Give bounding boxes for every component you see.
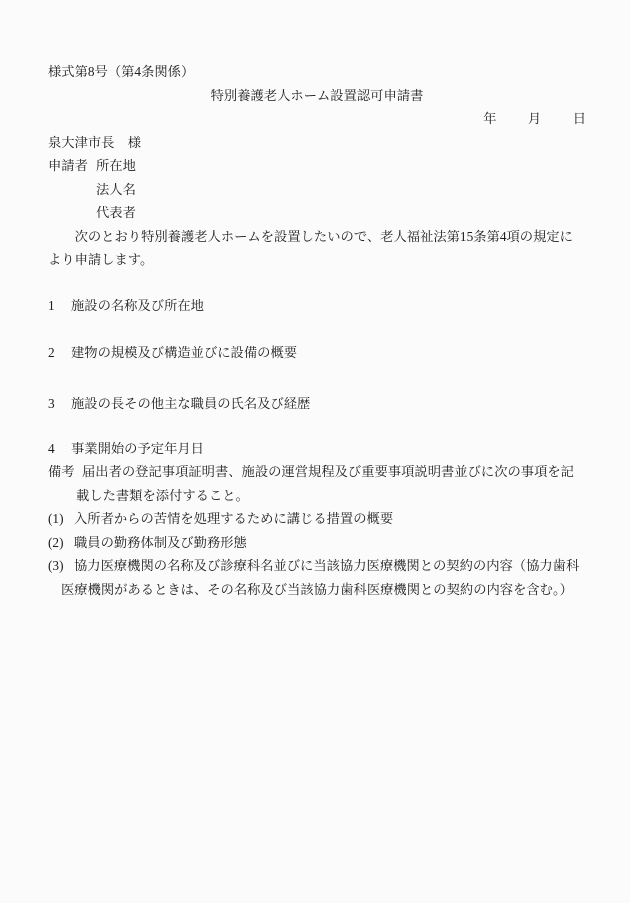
list-item-3: 3施設の長その他主な職員の氏名及び経歴 xyxy=(48,392,586,416)
applicant-field-representative: 代表者 xyxy=(96,201,136,225)
remark-item-1-number: (1) xyxy=(48,507,74,531)
list-item-2-text: 建物の規模及び構造並びに設備の概要 xyxy=(71,345,297,360)
list-item-3-number: 3 xyxy=(48,392,71,416)
form-number: 様式第8号（第4条関係） xyxy=(48,60,586,84)
applicant-label: 申請者 xyxy=(48,154,96,178)
remark-item-2: (2)職員の勤務体制及び勤務形態 xyxy=(48,531,586,555)
body-paragraph: 次のとおり特別養護老人ホームを設置したいので、老人福祉法第15条第4項の規定によ… xyxy=(48,225,586,272)
list-item-4-number: 4 xyxy=(48,437,71,461)
list-item-1-text: 施設の名称及び所在地 xyxy=(71,298,204,313)
list-item-3-text: 施設の長その他主な職員の氏名及び経歴 xyxy=(71,396,310,411)
applicant-field-corporate-name: 法人名 xyxy=(96,178,136,202)
applicant-fields: 所在地 法人名 代表者 xyxy=(96,154,136,225)
addressee: 泉大津市長 様 xyxy=(48,131,586,155)
list-item-4-text: 事業開始の予定年月日 xyxy=(71,441,204,456)
remark-item-3-text: 協力医療機関の名称及び診療科名並びに当該協力医療機関との契約の内容（協力歯科医療… xyxy=(61,558,579,597)
remark-item-3: (3)協力医療機関の名称及び診療科名並びに当該協力医療機関との契約の内容（協力歯… xyxy=(48,554,586,601)
applicant-field-address: 所在地 xyxy=(96,154,136,178)
remarks-intro: 備考届出者の登記事項証明書、施設の運営規程及び重要事項説明書並びに次の事項を記載… xyxy=(48,460,586,507)
applicant-block: 申請者 所在地 法人名 代表者 xyxy=(48,154,586,225)
remark-item-2-number: (2) xyxy=(48,531,74,555)
remark-item-3-number: (3) xyxy=(48,554,74,578)
remark-item-1-text: 入所者からの苦情を処理するために講じる措置の概要 xyxy=(74,511,393,526)
remark-item-1: (1)入所者からの苦情を処理するために講じる措置の概要 xyxy=(48,507,586,531)
list-item-1-number: 1 xyxy=(48,294,71,318)
date-day-label: 日 xyxy=(573,107,586,131)
date-month-label: 月 xyxy=(528,107,541,131)
page-title: 特別養護老人ホーム設置認可申請書 xyxy=(48,84,586,108)
list-item-2: 2建物の規模及び構造並びに設備の概要 xyxy=(48,341,586,365)
list-item-2-number: 2 xyxy=(48,341,71,365)
remarks-intro-text: 届出者の登記事項証明書、施設の運営規程及び重要事項説明書並びに次の事項を記載した… xyxy=(76,464,574,503)
remarks-label: 備考 xyxy=(48,460,82,484)
remark-item-2-text: 職員の勤務体制及び勤務形態 xyxy=(74,535,247,550)
date-line: 年 月 日 xyxy=(48,107,586,131)
list-item-4: 4事業開始の予定年月日 xyxy=(48,437,586,461)
remarks-block: 備考届出者の登記事項証明書、施設の運営規程及び重要事項説明書並びに次の事項を記載… xyxy=(48,460,586,601)
list-item-1: 1施設の名称及び所在地 xyxy=(48,294,586,318)
application-form-page: 様式第8号（第4条関係） 特別養護老人ホーム設置認可申請書 年 月 日 泉大津市… xyxy=(0,0,630,903)
date-year-label: 年 xyxy=(483,107,496,131)
